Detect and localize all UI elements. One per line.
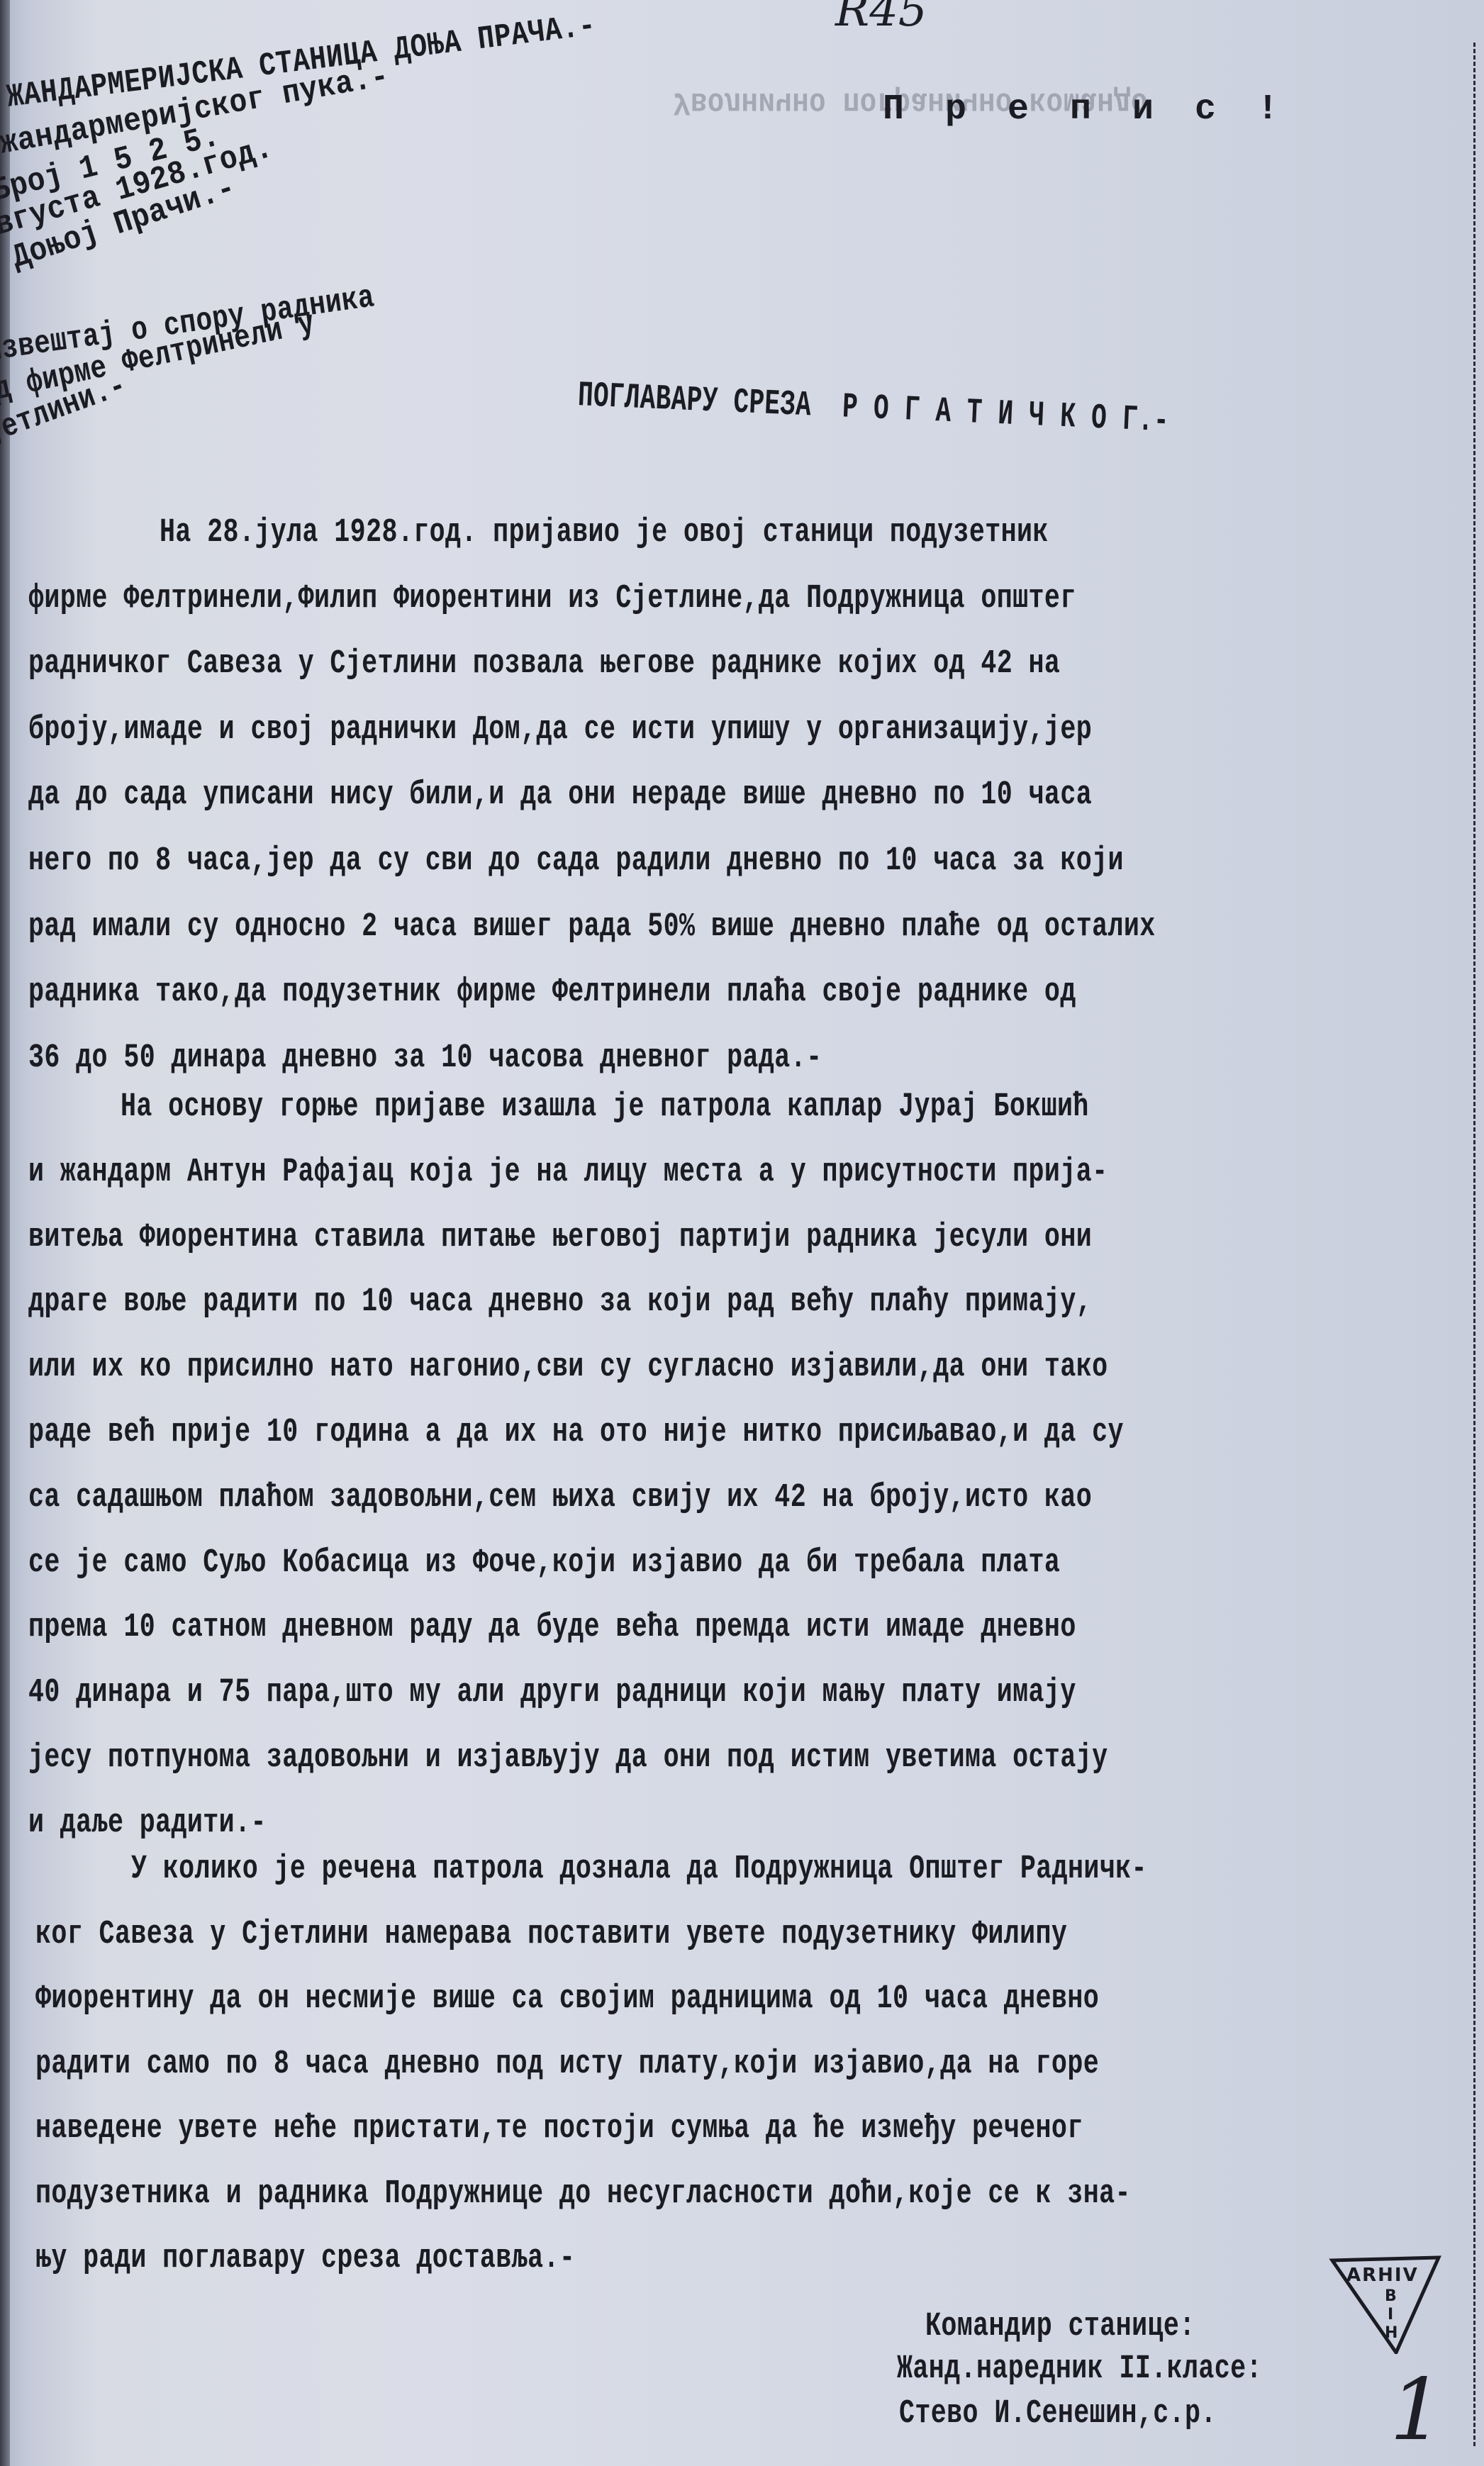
body-line: или их ко присилно нато нагонио,сви су с… bbox=[28, 1349, 1108, 1386]
body-line: На 28.јула 1928.год. пријавио је овој ст… bbox=[160, 514, 1049, 552]
body-line: фирме Фелтринели,Филип Фиорентини из Сје… bbox=[28, 580, 1076, 618]
body-line: се је само Суљо Кобасица из Фоче,који из… bbox=[28, 1544, 1060, 1582]
archive-stamp: ARHIV B I H bbox=[1328, 2255, 1441, 2354]
body-line: радничког Савеза у Сјетлини позвала њего… bbox=[28, 645, 1060, 683]
body-line: подузетника и радника Подружнице до несу… bbox=[35, 2175, 1131, 2213]
stamp-letter-h: H bbox=[1385, 2324, 1397, 2342]
margin-rule bbox=[1473, 43, 1475, 2446]
body-line: Фиорентину да он несмије више са својим … bbox=[35, 1980, 1099, 2018]
body-line: 36 до 50 динара дневно за 10 часова днев… bbox=[28, 1039, 822, 1077]
body-line: него по 8 часа,јер да су сви до сада рад… bbox=[28, 842, 1124, 880]
body-line: 40 динара и 75 пара,што му али други рад… bbox=[28, 1674, 1076, 1712]
body-line: витеља Фиорентина ставила питање његовој… bbox=[28, 1219, 1092, 1256]
body-line: драге воље радити по 10 часа дневно за к… bbox=[28, 1283, 1092, 1321]
body-line: На основу горње пријаве изашла је патрол… bbox=[121, 1088, 1089, 1126]
body-line: У колико је речена патрола дознала да По… bbox=[131, 1851, 1147, 1888]
body-line: да до сада уписани нису били,и да они не… bbox=[28, 776, 1092, 814]
body-line: радити само по 8 часа дневно под исту пл… bbox=[35, 2046, 1099, 2083]
body-line: према 10 сатном дневном раду да буде већ… bbox=[28, 1609, 1076, 1646]
recipient: ПОГЛАВАРУ СРЕЗА Р О Г А Т И Ч К О Г.- bbox=[577, 376, 1170, 442]
copy-label: П р е п и с ! bbox=[883, 89, 1288, 130]
body-line: раде већ прије 10 година а да их на ото … bbox=[28, 1414, 1124, 1451]
body-line: и даље радити.- bbox=[28, 1804, 267, 1842]
signature-title: Командир станице: bbox=[925, 2308, 1195, 2345]
document-page: R45 ЖАНДАРМЕРИЈСКА СТАНИЦА ДОЊА ПРАЧА.- … bbox=[0, 0, 1484, 2466]
body-line: са садашњом плаћом задовољни,сем њиха св… bbox=[28, 1479, 1092, 1517]
page-number: 1 bbox=[1390, 2361, 1444, 2460]
body-line: њу ради поглавару среза доставља.- bbox=[35, 2240, 575, 2277]
body-line: ког Савеза у Сјетлини намерава поставити… bbox=[35, 1916, 1067, 1953]
body-line: рад имали су односно 2 часа вишег рада 5… bbox=[28, 908, 1156, 946]
stamp-letter-b: B bbox=[1385, 2287, 1397, 2305]
body-line: јесу потпунома задовољни и изјављују да … bbox=[28, 1739, 1108, 1777]
body-line: наведене увете неће пристати,те постоји … bbox=[35, 2110, 1083, 2148]
signature-rank: Жанд.наредник II.класе: bbox=[897, 2350, 1262, 2388]
body-line: броју,имаде и свој раднички Дом,да се ис… bbox=[28, 711, 1092, 749]
stamp-arhiv: ARHIV bbox=[1346, 2265, 1419, 2286]
signature-name: Стево И.Сенешин,с.р. bbox=[899, 2395, 1217, 2433]
stamp-letter-i: I bbox=[1388, 2306, 1393, 2323]
body-line: радника тако,да подузетник фирме Фелтрин… bbox=[28, 973, 1076, 1011]
archive-number: R45 bbox=[835, 0, 927, 37]
body-line: и жандарм Антун Рафајац која је на лицу … bbox=[28, 1154, 1108, 1191]
